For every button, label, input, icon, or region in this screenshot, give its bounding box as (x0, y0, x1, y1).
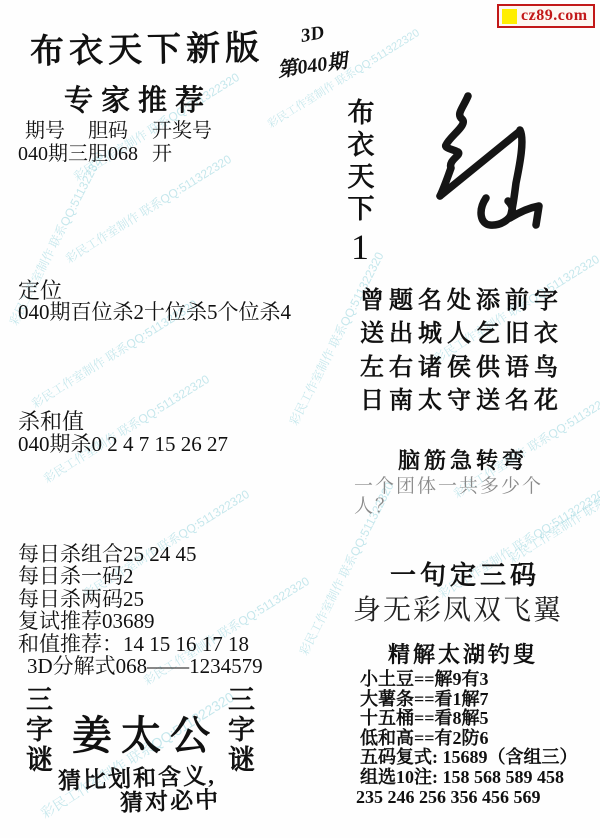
poem-block: 曾题名处添前字 送出城人乞旧衣 左右诸侯供语鸟 日南太守送名花 (360, 285, 563, 419)
brainteaser-question-line2: 人？ (354, 491, 396, 518)
one-sentence-heading: 一句定三码 (390, 555, 540, 592)
riddle-answer: 姜太公 (72, 704, 219, 761)
taihu-line: 235 246 256 356 456 569 (356, 788, 578, 808)
page-background: 彩民工作室制作 联系QQ:511322320 彩民工作室制作 联系QQ:5113… (0, 0, 600, 838)
poem-line: 送出城人乞旧衣 (360, 318, 563, 351)
cell-draw: 开 (152, 137, 172, 166)
riddle-side-char: 谜 (26, 746, 53, 774)
issue-label: 第040期 (275, 44, 348, 82)
taihu-line: 低和高==有2防6 (360, 729, 578, 749)
brand-char: 天 (346, 163, 376, 192)
riddle-side-label-left: 三 字 谜 (26, 686, 53, 774)
site-badge[interactable]: cz89.com (497, 4, 595, 28)
poem-line: 曾题名处添前字 (360, 285, 563, 318)
yellow-square-icon (502, 9, 517, 24)
daily-kill-block: 每日杀组合25 24 45 每日杀一码2 每日杀两码25 复试推荐03689 和… (18, 543, 263, 677)
one-sentence-text: 身无彩凤双飞翼 (353, 588, 563, 628)
riddle-side-label-right: 三 字 谜 (228, 686, 255, 774)
taihu-block: 小土豆==解9有3 大薯条==看1解7 十五桶==看8解5 低和高==有2防6 … (360, 670, 578, 807)
daily-kill-line: 和值推荐：14 15 16 17 18 (18, 633, 263, 655)
riddle-side-char: 三 (228, 686, 255, 714)
taihu-line: 五码复式: 15689（含组三） (360, 748, 578, 768)
handwritten-mystery-character (408, 48, 598, 258)
daily-kill-line: 3D分解式068——1234579 (27, 655, 263, 677)
brand-number: 1 (351, 226, 369, 268)
poem-line: 左右诸侯供语鸟 (360, 352, 563, 385)
taihu-line: 十五桶==看8解5 (360, 709, 578, 729)
expert-heading: 专家推荐 (64, 78, 212, 119)
riddle-hint-2: 猜对必中 (119, 781, 220, 817)
brand-char: 衣 (346, 131, 376, 160)
riddle-side-char: 三 (26, 686, 53, 714)
poem-line: 日南太守送名花 (360, 385, 563, 418)
brand-char: 布 (346, 99, 376, 128)
brand-vertical: 布 衣 天 下 (346, 99, 376, 224)
cell-issue-dan: 040期三胆068 (18, 137, 138, 166)
kill-sum-line: 040期杀0 2 4 7 15 26 27 (18, 428, 228, 458)
daily-kill-line: 每日杀两码25 (18, 588, 263, 610)
daily-kill-line: 复试推荐03689 (18, 610, 263, 632)
riddle-side-char: 字 (228, 716, 255, 744)
site-badge-label: cz89.com (521, 7, 588, 25)
riddle-side-char: 谜 (228, 746, 255, 774)
dingwei-line: 040期百位杀2十位杀5个位杀4 (18, 296, 291, 326)
daily-kill-line: 每日杀一码2 (18, 565, 263, 587)
brand-char: 下 (346, 195, 376, 224)
riddle-side-char: 字 (26, 716, 53, 744)
taihu-line: 组选10注: 158 568 589 458 (360, 768, 578, 788)
daily-kill-line: 每日杀组合25 24 45 (18, 543, 263, 565)
taihu-heading: 精解太湖钓叟 (388, 638, 538, 669)
game-label: 3D (299, 22, 326, 48)
taihu-line: 大薯条==看1解7 (360, 690, 578, 710)
watermark: 彩民工作室制作 联系QQ:511322320 (62, 150, 234, 266)
taihu-line: 小土豆==解9有3 (360, 670, 578, 690)
page-title: 布衣天下新版 (30, 20, 265, 73)
